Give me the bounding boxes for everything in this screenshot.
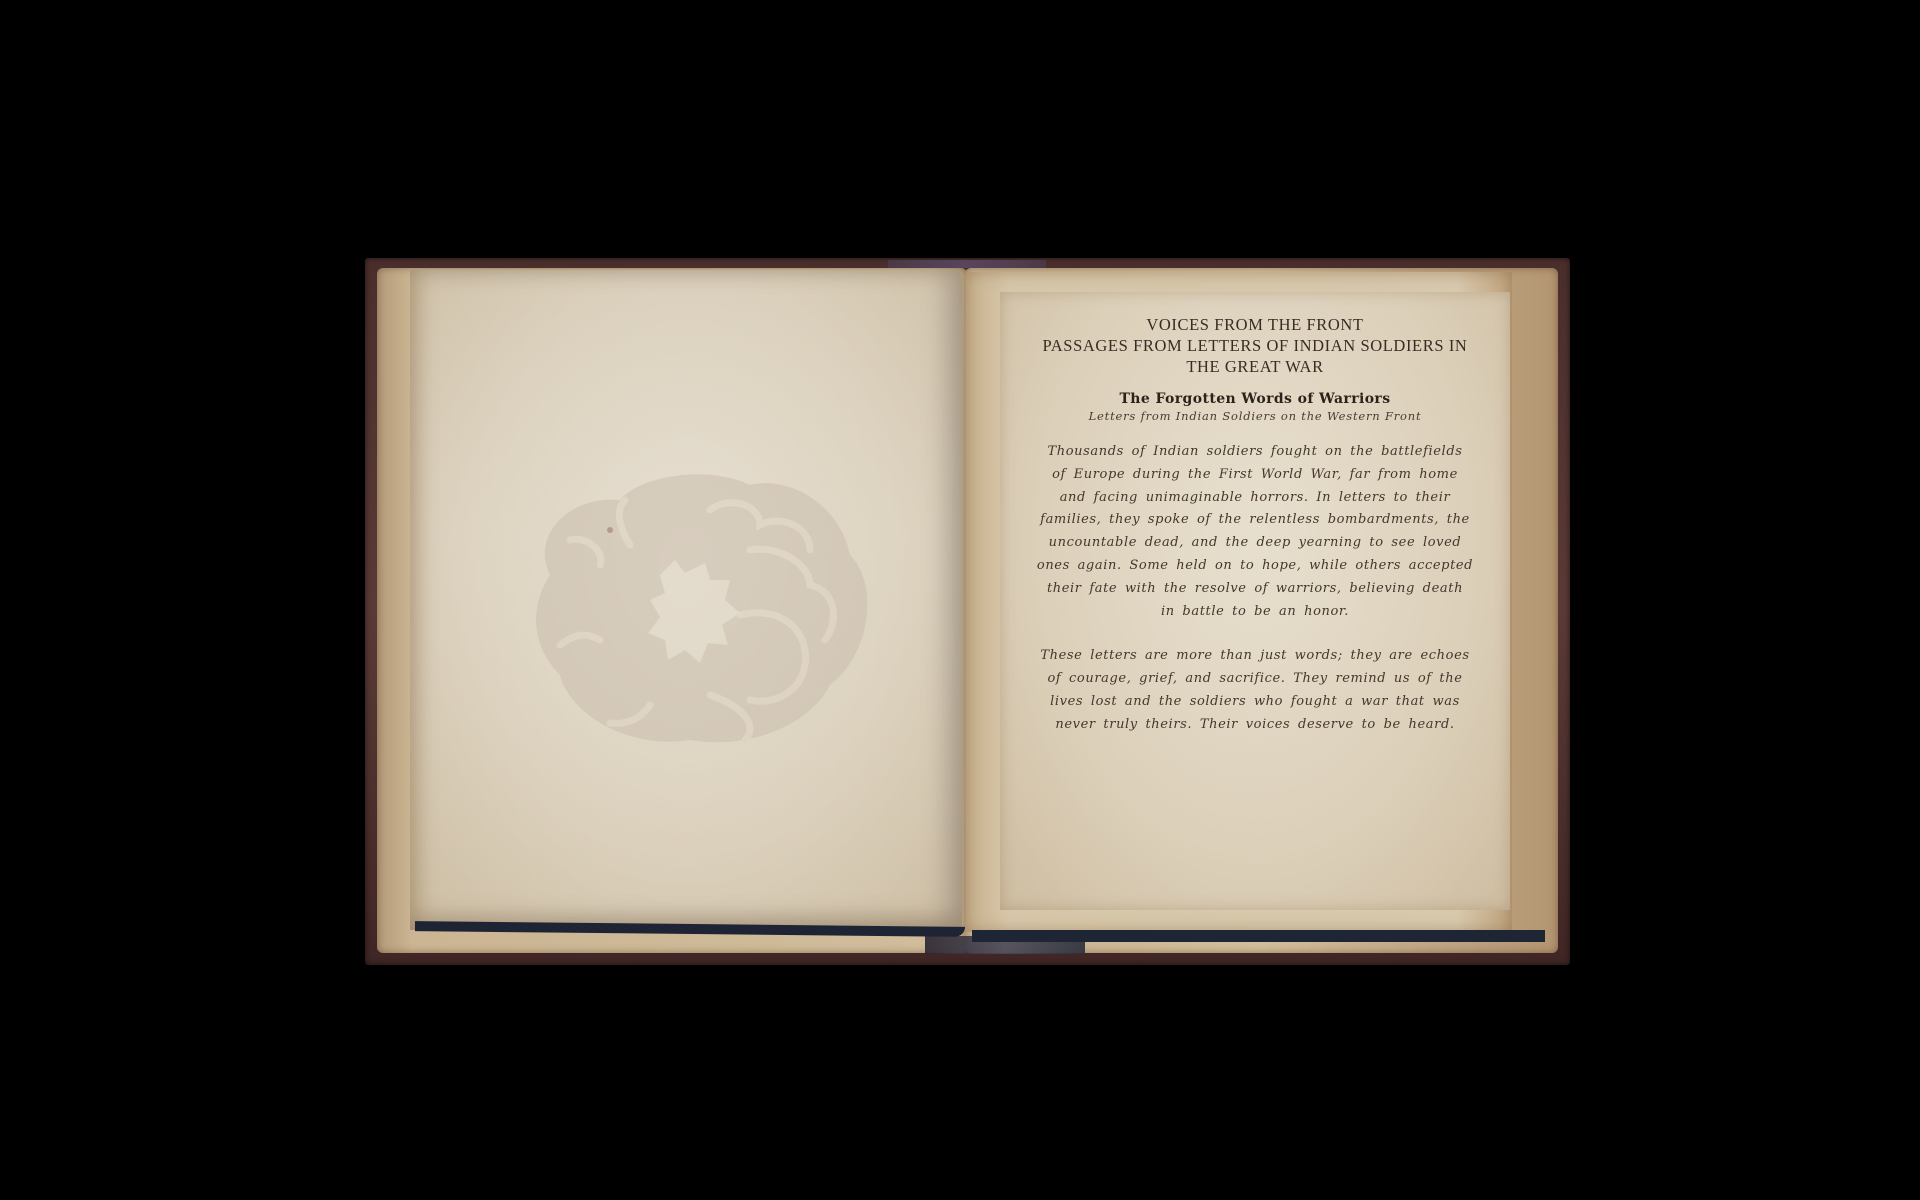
paragraph-closing: These letters are more than just words; …	[1015, 645, 1495, 736]
text-line: their fate with the resolve of warriors,…	[1015, 578, 1495, 601]
book-viewer: VOICES FROM THE FRONT PASSAGES FROM LETT…	[0, 0, 1920, 1200]
text-line: families, they spoke of the relentless b…	[1015, 509, 1495, 532]
page-header: VOICES FROM THE FRONT PASSAGES FROM LETT…	[1015, 314, 1495, 377]
right-page-edge-shadow	[972, 930, 1545, 942]
text-line: uncountable dead, and the deep yearning …	[1015, 532, 1495, 555]
text-line: lives lost and the soldiers who fought a…	[1015, 691, 1495, 714]
book-spine-top	[888, 260, 1046, 268]
text-line: These letters are more than just words; …	[1015, 645, 1495, 668]
text-line: never truly theirs. Their voices deserve…	[1015, 714, 1495, 737]
text-line: of courage, grief, and sacrifice. They r…	[1015, 668, 1495, 691]
paragraph-intro: Thousands of Indian soldiers fought on t…	[1015, 441, 1495, 623]
rose-flower-watermark-icon	[510, 455, 880, 755]
page-title: The Forgotten Words of Warriors	[1015, 391, 1495, 407]
text-line: Thousands of Indian soldiers fought on t…	[1015, 441, 1495, 464]
text-line: in battle to be an honor.	[1015, 601, 1495, 624]
text-line: ones again. Some held on to hope, while …	[1015, 555, 1495, 578]
right-page-content: VOICES FROM THE FRONT PASSAGES FROM LETT…	[1015, 314, 1495, 737]
header-line: PASSAGES FROM LETTERS OF INDIAN SOLDIERS…	[1015, 335, 1495, 356]
header-line: THE GREAT WAR	[1015, 356, 1495, 377]
text-line: and facing unimaginable horrors. In lett…	[1015, 487, 1495, 510]
text-line: of Europe during the First World War, fa…	[1015, 464, 1495, 487]
page-subtitle: Letters from Indian Soldiers on the West…	[1015, 409, 1495, 423]
header-line: VOICES FROM THE FRONT	[1015, 314, 1495, 335]
